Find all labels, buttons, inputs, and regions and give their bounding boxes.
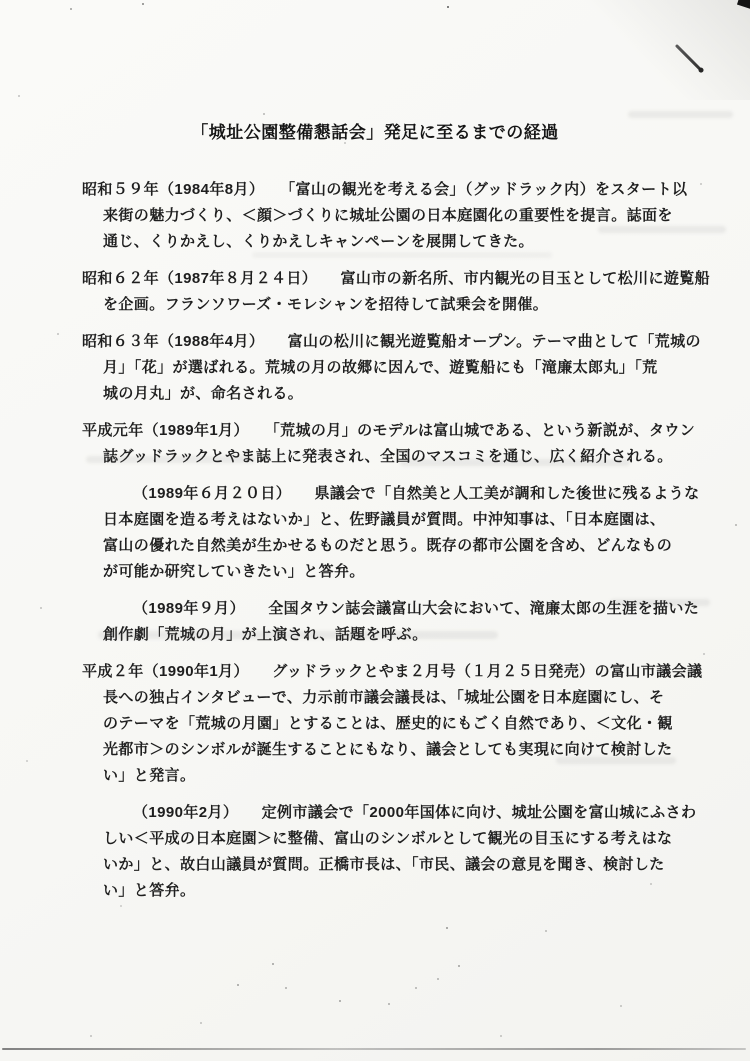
timeline-entry: （1989年９月） 全国タウン誌会議富山大会において、滝廉太郎の生涯を描いた創作… [82, 596, 698, 648]
bleedthrough-mark [598, 226, 726, 233]
timeline-entry-date-line: 昭和６３年（1988年4月） 富山の松川に観光遊覧船オープン。テーマ曲として「荒… [82, 329, 698, 355]
timeline-entry-text-line: 長への独占インタビューで、力示前市議会議長は、「城址公園を日本庭園にし、そ [103, 685, 698, 711]
timeline-entry-date-line: 平成元年（1989年1月） 「荒城の月」のモデルは富山城である、という新説が、タ… [82, 418, 698, 444]
bleedthrough-mark [556, 757, 676, 764]
timeline-entry-date-line: 昭和５９年（1984年8月） 「富山の観光を考える会」（グッドラック内）をスター… [82, 177, 698, 203]
timeline-entry-text-line: 日本庭園を造る考えはないか」と、佐野議員が質問。中沖知事は、「日本庭園は、 [103, 507, 698, 533]
timeline-entry-text-line: い」と発言。 [103, 763, 698, 789]
timeline-entry-text-line: 富山の優れた自然美が生かせるものだと思う。既存の都市公園を含め、どんなもの [103, 533, 698, 559]
bleedthrough-mark [86, 456, 256, 463]
timeline-entry-text-line: いか」と、故白山議員が質問。正橋市長は、「市民、議会の意見を聞き、検討した [103, 852, 698, 878]
timeline-entry-text-line: 城の月丸」が、命名される。 [103, 381, 698, 407]
bleedthrough-mark [628, 111, 733, 118]
timeline-entry: （1989年６月２０日） 県議会で「自然美と人工美が調和した後世に残るような日本… [82, 481, 698, 585]
timeline-entry-text-line: 月」「花」が選ばれる。荒城の月の故郷に因んで、遊覧船にも「滝廉太郎丸」「荒 [103, 355, 698, 381]
bleedthrough-mark [252, 252, 552, 258]
timeline-entry-date-line: 平成２年（1990年1月） グッドラックとやま２月号（１月２５日発売）の富山市議… [82, 659, 698, 685]
timeline-entry: 昭和５９年（1984年8月） 「富山の観光を考える会」（グッドラック内）をスター… [82, 177, 698, 255]
page-bottom-edge [2, 1048, 746, 1050]
scan-noise-speckles [0, 0, 2, 2]
timeline-entry-date-line: （1989年６月２０日） 県議会で「自然美と人工美が調和した後世に残るような [133, 481, 698, 507]
timeline-entry: 昭和６３年（1988年4月） 富山の松川に観光遊覧船オープン。テーマ曲として「荒… [82, 329, 698, 407]
bleedthrough-mark [98, 631, 498, 639]
bleedthrough-mark [610, 599, 710, 606]
timeline-entry: 昭和６２年（1987年８月２４日） 富山市の新名所、市内観光の目玉として松川に遊… [82, 266, 698, 318]
timeline-entry-text-line: しい＜平成の日本庭園＞に整備、富山のシンボルとして観光の目玉にする考えはな [103, 826, 698, 852]
timeline-entry-text-line: い」と答弁。 [103, 878, 698, 904]
timeline-entry-date-line: （1990年2月） 定例市議会で「2000年国体に向け、城址公園を富山城にふさわ [133, 800, 698, 826]
document-title: 「城址公園整備懇話会」発足に至るまでの経過 [0, 0, 750, 148]
timeline-entry-date-line: 昭和６２年（1987年８月２４日） 富山市の新名所、市内観光の目玉として松川に遊… [82, 266, 698, 292]
timeline-entry-text-line: が可能か研究していきたい」と答弁。 [103, 559, 698, 585]
bleedthrough-mark [400, 459, 630, 466]
timeline-entry-text-line: を企画。フランソワーズ・モレシャンを招待して試乗会を開催。 [103, 292, 698, 318]
timeline-entry-text-line: のテーマを「荒城の月園」とすることは、歴史的にもごく自然であり、＜文化・観 [103, 711, 698, 737]
timeline-entry: （1990年2月） 定例市議会で「2000年国体に向け、城址公園を富山城にふさわ… [82, 800, 698, 904]
document-body: 昭和５９年（1984年8月） 「富山の観光を考える会」（グッドラック内）をスター… [82, 177, 698, 904]
timeline-entry: 平成２年（1990年1月） グッドラックとやま２月号（１月２５日発売）の富山市議… [82, 659, 698, 789]
scanned-document: 「城址公園整備懇話会」発足に至るまでの経過 昭和５９年（1984年8月） 「富山… [0, 0, 750, 1061]
